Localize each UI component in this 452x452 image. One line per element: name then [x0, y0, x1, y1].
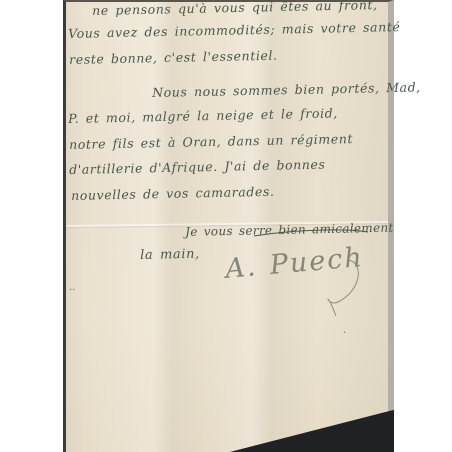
handwriting-line: Vous avez des incommodités; mais votre s… [68, 19, 401, 41]
handwriting-line: P. et moi, malgré la neige et le froid, [68, 105, 338, 126]
handwriting-line: Nous nous sommes bien portés, Mad, [152, 79, 421, 100]
signature: A. Puech [224, 242, 365, 285]
stray-ink-mark: . [343, 325, 346, 336]
letter-photo: ne pensons qu'à vous qui êtes au front, … [63, 0, 394, 452]
handwriting-line: nouvelles de vos camarades. [71, 184, 275, 203]
handwriting-line: d'artillerie d'Afrique. J'ai de bonnes [69, 157, 326, 177]
handwriting-line: reste bonne, c'est l'essentiel. [69, 48, 278, 67]
handwriting-line: ne pensons qu'à vous qui êtes au front, [92, 0, 378, 18]
stray-ink-mark: .. [69, 282, 75, 293]
handwriting-line: notre fils est à Oran, dans un régiment [69, 131, 353, 152]
backdrop-corner [222, 407, 394, 452]
handwriting-line: Je vous serre bien amicalement [185, 221, 394, 239]
handwriting-line: la main, [140, 247, 200, 263]
